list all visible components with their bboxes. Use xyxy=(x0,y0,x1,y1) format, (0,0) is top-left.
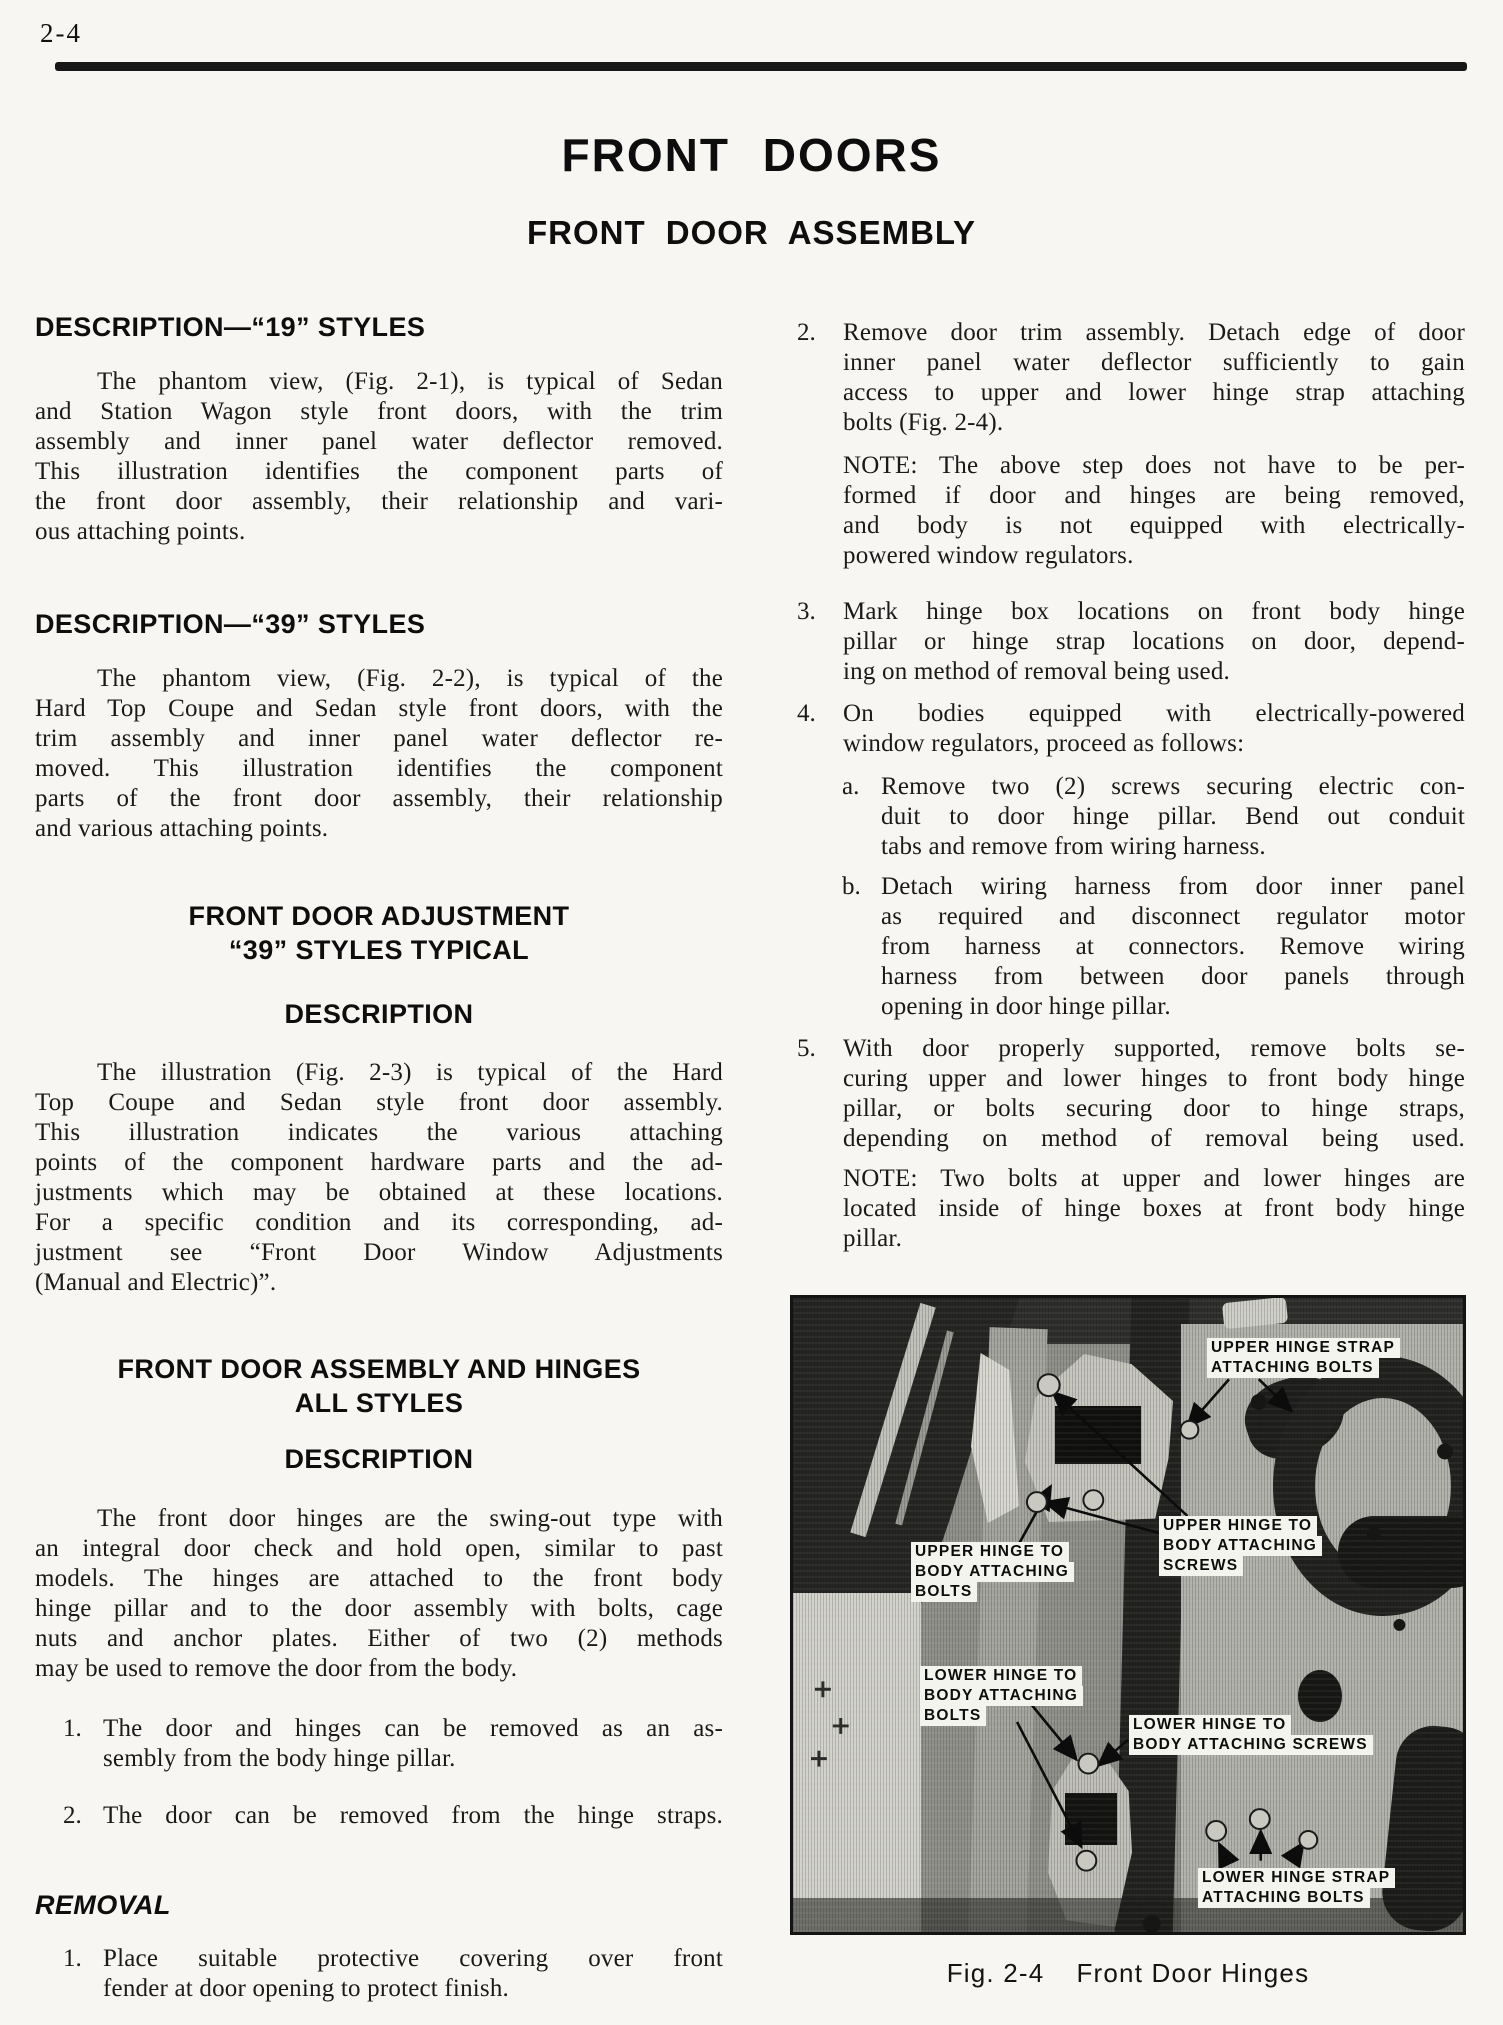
text-line: NOTE: Two bolts at upper and lower hinge… xyxy=(843,1164,1465,1194)
list-item: 5.With door properly supported, remove b… xyxy=(795,1034,1465,1154)
text-line: The phantom view, (Fig. 2-2), is typical… xyxy=(35,664,723,694)
text-line: Top Coupe and Sedan style front door ass… xyxy=(35,1088,723,1118)
text-line: This illustration indicates the various … xyxy=(35,1118,723,1148)
paragraph: The illustration (Fig. 2-3) is typical o… xyxy=(35,1058,723,1298)
text-line: The front door hinges are the swing-out … xyxy=(35,1504,723,1534)
text-line: powered window regulators. xyxy=(843,541,1465,571)
list-marker: 5. xyxy=(797,1034,816,1064)
text-line: may be used to remove the door from the … xyxy=(35,1654,723,1684)
callout-label-upper-hinge-body-screws: UPPER HINGE TOBODY ATTACHINGSCREWS xyxy=(1159,1516,1322,1576)
figure-caption-title: Front Door Hinges xyxy=(1076,1958,1309,1988)
text-line: (Manual and Electric)”. xyxy=(35,1268,723,1298)
list-item: a.Remove two (2) screws securing electri… xyxy=(795,772,1465,862)
text-line: fender at door opening to protect finish… xyxy=(103,1974,723,2004)
note-paragraph: NOTE: Two bolts at upper and lower hinge… xyxy=(795,1164,1465,1254)
text-line: Remove two (2) screws securing electric … xyxy=(881,772,1465,802)
list-marker: 4. xyxy=(797,699,816,729)
heading-description-hinges: DESCRIPTION xyxy=(35,1442,723,1476)
manual-page: 2-4 FRONT DOORS FRONT DOOR ASSEMBLY DESC… xyxy=(0,0,1503,2025)
header-rule xyxy=(55,62,1467,71)
text-line: nuts and anchor plates. Either of two (2… xyxy=(35,1624,723,1654)
text-line: and various attaching points. xyxy=(35,814,723,844)
heading-line: “39” STYLES TYPICAL xyxy=(35,933,723,967)
callout-label-lower-hinge-strap: LOWER HINGE STRAPATTACHING BOLTS xyxy=(1198,1868,1395,1908)
text-line: tabs and remove from wiring harness. xyxy=(881,832,1465,862)
callout-label-line: BODY ATTACHING xyxy=(1159,1536,1322,1556)
figure-caption-number: Fig. 2-4 xyxy=(947,1958,1045,1988)
text-line: sembly from the body hinge pillar. xyxy=(103,1744,723,1774)
text-line: The phantom view, (Fig. 2-1), is typical… xyxy=(35,367,723,397)
callout-label-line: LOWER HINGE STRAP xyxy=(1198,1868,1395,1888)
text-line: Detach wiring harness from door inner pa… xyxy=(881,872,1465,902)
callout-label-lower-hinge-body-screws: LOWER HINGE TOBODY ATTACHING SCREWS xyxy=(1129,1715,1373,1755)
text-line: access to upper and lower hinge strap at… xyxy=(843,378,1465,408)
text-line: the front door assembly, their relations… xyxy=(35,487,723,517)
figure-photo: UPPER HINGE STRAPATTACHING BOLTSUPPER HI… xyxy=(790,1295,1466,1935)
callout-label-line: BODY ATTACHING SCREWS xyxy=(1129,1735,1373,1755)
list-marker: a. xyxy=(842,772,859,802)
list-marker: 1. xyxy=(63,1944,82,1974)
page-title: FRONT DOORS xyxy=(0,128,1503,182)
text-line: This illustration identifies the compone… xyxy=(35,457,723,487)
text-line: curing upper and lower hinges to front b… xyxy=(843,1064,1465,1094)
text-line: models. The hinges are attached to the f… xyxy=(35,1564,723,1594)
text-line: depending on method of removal being use… xyxy=(843,1124,1465,1154)
text-line: opening in door hinge pillar. xyxy=(881,992,1465,1022)
list-item: 4.On bodies equipped with electrically-p… xyxy=(795,699,1465,759)
text-line: assembly and inner panel water deflector… xyxy=(35,427,723,457)
text-line: pillar. xyxy=(843,1224,1465,1254)
note-paragraph: NOTE: The above step does not have to be… xyxy=(795,451,1465,571)
text-line: hinge pillar and to the door assembly wi… xyxy=(35,1594,723,1624)
paragraph: The phantom view, (Fig. 2-1), is typical… xyxy=(35,367,723,547)
heading-line: FRONT DOOR ASSEMBLY AND HINGES xyxy=(35,1352,723,1386)
list-marker: 3. xyxy=(797,597,816,627)
heading-line: DESCRIPTION—“19” STYLES xyxy=(35,310,723,344)
text-line: justments which may be obtained at these… xyxy=(35,1178,723,1208)
callout-label-line: BOLTS xyxy=(920,1706,986,1726)
callout-label-line: SCREWS xyxy=(1159,1556,1243,1576)
text-line: The illustration (Fig. 2-3) is typical o… xyxy=(35,1058,723,1088)
text-line: On bodies equipped with electrically-pow… xyxy=(843,699,1465,729)
text-line: formed if door and hinges are being remo… xyxy=(843,481,1465,511)
text-line: from harness at connectors. Remove wirin… xyxy=(881,932,1465,962)
text-line: and body is not equipped with electrical… xyxy=(843,511,1465,541)
list-marker: 2. xyxy=(63,1801,82,1831)
text-line: moved. This illustration identifies the … xyxy=(35,754,723,784)
callout-label-line: UPPER HINGE STRAP xyxy=(1207,1338,1400,1358)
heading-line: DESCRIPTION—“39” STYLES xyxy=(35,607,723,641)
heading-line: ALL STYLES xyxy=(35,1386,723,1420)
heading-description-39-styles: DESCRIPTION—“39” STYLES xyxy=(35,607,723,641)
text-line: and Station Wagon style front doors, wit… xyxy=(35,397,723,427)
callout-label-line: LOWER HINGE TO xyxy=(920,1666,1082,1686)
text-line: Hard Top Coupe and Sedan style front doo… xyxy=(35,694,723,724)
text-line: window regulators, proceed as follows: xyxy=(843,729,1465,759)
text-line: The door can be removed from the hinge s… xyxy=(103,1801,723,1831)
text-line: trim assembly and inner panel water defl… xyxy=(35,724,723,754)
text-line: justment see “Front Door Window Adjustme… xyxy=(35,1238,723,1268)
callout-label-line: ATTACHING BOLTS xyxy=(1198,1888,1370,1908)
callout-label-line: UPPER HINGE TO xyxy=(911,1542,1069,1562)
callout-label-upper-hinge-body-bolts: UPPER HINGE TOBODY ATTACHINGBOLTS xyxy=(911,1542,1074,1602)
heading-front-door-adjustment: FRONT DOOR ADJUSTMENT“39” STYLES TYPICAL xyxy=(35,899,723,967)
callout-label-line: BODY ATTACHING xyxy=(920,1686,1083,1706)
text-line: Mark hinge box locations on front body h… xyxy=(843,597,1465,627)
list-item: 2.The door can be removed from the hinge… xyxy=(35,1801,723,1831)
text-line: duit to door hinge pillar. Bend out cond… xyxy=(881,802,1465,832)
list-item: 3.Mark hinge box locations on front body… xyxy=(795,597,1465,687)
heading-line: DESCRIPTION xyxy=(35,1442,723,1476)
callout-label-line: BOLTS xyxy=(911,1582,977,1602)
text-line: as required and disconnect regulator mot… xyxy=(881,902,1465,932)
heading-description-19-styles: DESCRIPTION—“19” STYLES xyxy=(35,310,723,344)
text-line: inner panel water deflector sufficiently… xyxy=(843,348,1465,378)
list-item: 1.Place suitable protective covering ove… xyxy=(35,1944,723,2004)
paragraph: The phantom view, (Fig. 2-2), is typical… xyxy=(35,664,723,844)
text-line: NOTE: The above step does not have to be… xyxy=(843,451,1465,481)
text-line: points of the component hardware parts a… xyxy=(35,1148,723,1178)
text-line: bolts (Fig. 2-4). xyxy=(843,408,1465,438)
text-line: ing on method of removal being used. xyxy=(843,657,1465,687)
text-line: Remove door trim assembly. Detach edge o… xyxy=(843,318,1465,348)
callout-label-line: LOWER HINGE TO xyxy=(1129,1715,1291,1735)
text-line: ous attaching points. xyxy=(35,517,723,547)
callout-label-line: ATTACHING BOLTS xyxy=(1207,1358,1379,1378)
heading-line: FRONT DOOR ADJUSTMENT xyxy=(35,899,723,933)
text-line: an integral door check and hold open, si… xyxy=(35,1534,723,1564)
paragraph: The front door hinges are the swing-out … xyxy=(35,1504,723,1684)
callout-arrows xyxy=(793,1298,1463,1932)
callout-label-line: BODY ATTACHING xyxy=(911,1562,1074,1582)
text-line: located inside of hinge boxes at front b… xyxy=(843,1194,1465,1224)
heading-front-door-assembly-hinges: FRONT DOOR ASSEMBLY AND HINGESALL STYLES xyxy=(35,1352,723,1420)
text-line: The door and hinges can be removed as an… xyxy=(103,1714,723,1744)
heading-removal: REMOVAL xyxy=(35,1888,723,1922)
list-item: b.Detach wiring harness from door inner … xyxy=(795,872,1465,1022)
right-column: 2.Remove door trim assembly. Detach edge… xyxy=(795,318,1465,1254)
text-line: Place suitable protective covering over … xyxy=(103,1944,723,1974)
heading-description-adjustment: DESCRIPTION xyxy=(35,997,723,1031)
list-marker: 1. xyxy=(63,1714,82,1744)
text-line: With door properly supported, remove bol… xyxy=(843,1034,1465,1064)
page-subtitle: FRONT DOOR ASSEMBLY xyxy=(0,214,1503,252)
text-line: pillar or hinge strap locations on door,… xyxy=(843,627,1465,657)
heading-line: DESCRIPTION xyxy=(35,997,723,1031)
list-item: 1.The door and hinges can be removed as … xyxy=(35,1714,723,1774)
figure-caption: Fig. 2-4Front Door Hinges xyxy=(790,1958,1466,1989)
list-marker: b. xyxy=(842,872,861,902)
list-marker: 2. xyxy=(797,318,816,348)
left-column: DESCRIPTION—“19” STYLESThe phantom view,… xyxy=(35,310,723,2004)
text-line: pillar, or bolts securing door to hinge … xyxy=(843,1094,1465,1124)
callout-label-upper-hinge-strap: UPPER HINGE STRAPATTACHING BOLTS xyxy=(1207,1338,1400,1378)
text-line: For a specific condition and its corresp… xyxy=(35,1208,723,1238)
heading-line: REMOVAL xyxy=(35,1888,723,1922)
text-line: harness from between door panels through xyxy=(881,962,1465,992)
callout-label-lower-hinge-body-bolts: LOWER HINGE TOBODY ATTACHINGBOLTS xyxy=(920,1666,1083,1726)
list-item: 2.Remove door trim assembly. Detach edge… xyxy=(795,318,1465,438)
text-line: parts of the front door assembly, their … xyxy=(35,784,723,814)
callout-label-line: UPPER HINGE TO xyxy=(1159,1516,1317,1536)
page-number: 2-4 xyxy=(40,18,82,49)
